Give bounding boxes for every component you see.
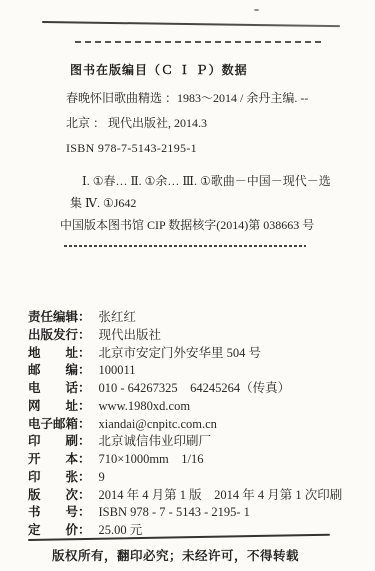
colophon-row: 电 话： 010 - 64267325 64245264（传真） — [28, 380, 365, 398]
cip-publisher-line: 北京 ： 现代出版社, 2014.3 — [66, 115, 207, 131]
cip-block: 图书在版编目（Ｃ Ｉ Ｐ）数据 春晚怀旧歌曲精选 ：1983～2014 / 余丹… — [66, 62, 361, 242]
colophon-row-value: 710×1000mm 1/16 — [99, 451, 204, 469]
dashed-divider-top — [75, 41, 325, 43]
colophon-row: 电子邮箱： xiandai@cnpitc.com.cn — [28, 416, 365, 434]
cip-classification-line2: 集 Ⅳ. ①J642 — [70, 195, 136, 211]
dashed-divider-middle — [64, 245, 306, 247]
colophon-row-label: 开 本： — [28, 451, 91, 469]
colophon-row-label: 出版发行： — [28, 327, 91, 345]
colophon-row-label: 书 号： — [28, 504, 91, 522]
colophon-list: 责任编辑： 张红红 出版发行： 现代出版社 地 址： 北京市安定门外安华里 50… — [28, 309, 365, 540]
colophon-row-label: 印 刷： — [28, 433, 91, 451]
book-copyright-page: 图书在版编目（Ｃ Ｉ Ｐ）数据 春晚怀旧歌曲精选 ：1983～2014 / 余丹… — [0, 0, 375, 571]
colophon-row: 责任编辑： 张红红 — [28, 309, 365, 327]
colophon-row: 开 本： 710×1000mm 1/16 — [28, 451, 365, 469]
colophon-row: 版 次： 2014 年 4 月第 1 版 2014 年 4 月第 1 次印刷 — [28, 487, 365, 505]
colophon-row-value: ISBN 978 - 7 - 5143 - 2195- 1 — [99, 504, 250, 522]
colophon-row: 网 址： www.1980xd.com — [28, 398, 365, 416]
cip-title-line: 春晚怀旧歌曲精选 ：1983～2014 / 余丹主编. -- — [66, 90, 308, 106]
colophon-row-label: 地 址： — [28, 345, 91, 363]
colophon-row: 书 号： ISBN 978 - 7 - 5143 - 2195- 1 — [28, 504, 365, 522]
cip-heading: 图书在版编目（Ｃ Ｉ Ｐ）数据 — [70, 62, 248, 78]
colophon-row-label: 邮 编： — [28, 362, 91, 380]
colophon-row-value: 北京诚信伟业印刷厂 — [99, 433, 212, 451]
cip-number-line: 中国版本图书馆 CIP 数据核字(2014)第 038663 号 — [60, 217, 314, 233]
colophon-row: 出版发行： 现代出版社 — [28, 327, 365, 345]
colophon-row-label: 电子邮箱： — [28, 416, 91, 434]
colophon-row-value: www.1980xd.com — [99, 398, 191, 416]
colophon-row: 印 张： 9 — [28, 469, 365, 487]
colophon-row-value: 张红红 — [99, 309, 137, 327]
colophon-row: 邮 编： 100011 — [28, 362, 365, 380]
colophon-row-value: 010 - 64267325 64245264（传真） — [99, 380, 291, 398]
colophon-row-value: xiandai@cnpitc.com.cn — [99, 416, 217, 434]
colophon-row-label: 版 次： — [28, 487, 91, 505]
colophon-row: 印 刷： 北京诚信伟业印刷厂 — [28, 433, 365, 451]
colophon-row-label: 网 址： — [28, 398, 91, 416]
colophon-row-value: 2014 年 4 月第 1 版 2014 年 4 月第 1 次印刷 — [99, 487, 343, 505]
colophon-row-label: 电 话： — [28, 380, 91, 398]
cip-isbn-line: ISBN 978-7-5143-2195-1 — [66, 140, 197, 156]
scan-speck — [254, 9, 259, 11]
colophon-row-value: 现代出版社 — [99, 327, 162, 345]
top-rule — [42, 21, 340, 27]
colophon-row-label: 责任编辑： — [28, 309, 91, 327]
colophon-row-label: 印 张： — [28, 469, 91, 487]
colophon-row-value: 北京市安定门外安华里 504 号 — [99, 345, 262, 363]
colophon-row-value: 100011 — [99, 362, 136, 380]
copyright-notice: 版权所有，翻印必究；未经许可，不得转载 — [52, 546, 299, 564]
colophon-row: 地 址： 北京市安定门外安华里 504 号 — [28, 345, 365, 363]
colophon-row-value: 9 — [99, 469, 105, 487]
cip-classification-line1: Ⅰ. ①春… Ⅱ. ①余… Ⅲ. ①歌曲－中国－现代－选 — [82, 173, 331, 189]
